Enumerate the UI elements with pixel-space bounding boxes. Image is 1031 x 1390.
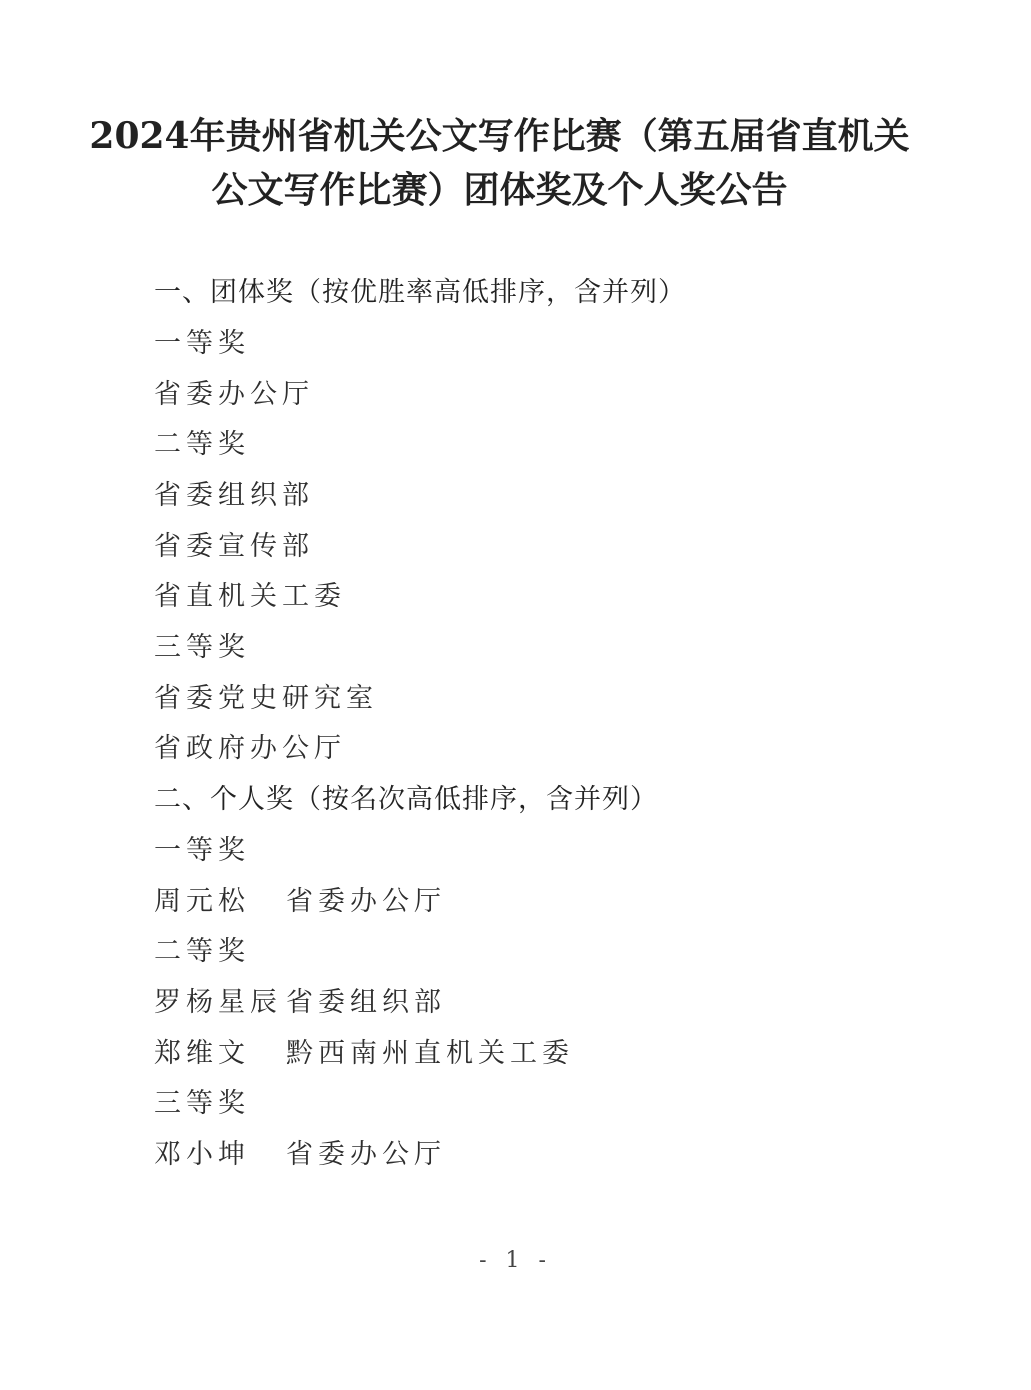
individual-awards-heading: 二、个人奖（按名次高低排序，含并列）	[154, 783, 658, 817]
winner-name: 周元松	[154, 885, 286, 919]
document-title-line-1: 2024年贵州省机关公文写作比赛（第五届省直机关	[0, 110, 1015, 162]
individual-winner-row: 周元松省委办公厅	[154, 885, 446, 919]
winner-name: 罗杨星辰	[154, 986, 286, 1020]
individual-tier-label-third: 三等奖	[154, 1087, 250, 1121]
team-winner: 省政府办公厅	[154, 732, 346, 766]
individual-winner-row: 郑维文黔西南州直机关工委	[154, 1037, 574, 1071]
winner-name: 郑维文	[154, 1037, 286, 1071]
team-tier-label-third: 三等奖	[154, 631, 250, 665]
winner-unit: 黔西南州直机关工委	[286, 1038, 574, 1069]
team-winner: 省委组织部	[154, 479, 314, 513]
document-title-line-2: 公文写作比赛）团体奖及个人奖公告	[0, 164, 1015, 216]
team-winner: 省委宣传部	[154, 530, 314, 564]
document-page: 2024年贵州省机关公文写作比赛（第五届省直机关 公文写作比赛）团体奖及个人奖公…	[0, 0, 1031, 1390]
individual-tier-label-first: 一等奖	[154, 834, 250, 868]
team-winner: 省直机关工委	[154, 580, 346, 614]
individual-tier-label-second: 二等奖	[154, 935, 250, 969]
page-number: - 1 -	[0, 1248, 1031, 1273]
team-tier-label-first: 一等奖	[154, 327, 250, 361]
team-winner: 省委办公厅	[154, 378, 314, 412]
winner-name: 邓小坤	[154, 1138, 286, 1172]
individual-winner-row: 罗杨星辰省委组织部	[154, 986, 446, 1020]
winner-unit: 省委办公厅	[286, 886, 446, 917]
winner-unit: 省委组织部	[286, 987, 446, 1018]
team-awards-heading: 一、团体奖（按优胜率高低排序，含并列）	[154, 276, 686, 310]
team-tier-label-second: 二等奖	[154, 428, 250, 462]
team-winner: 省委党史研究室	[154, 682, 378, 716]
individual-winner-row: 邓小坤省委办公厅	[154, 1138, 446, 1172]
winner-unit: 省委办公厅	[286, 1139, 446, 1170]
